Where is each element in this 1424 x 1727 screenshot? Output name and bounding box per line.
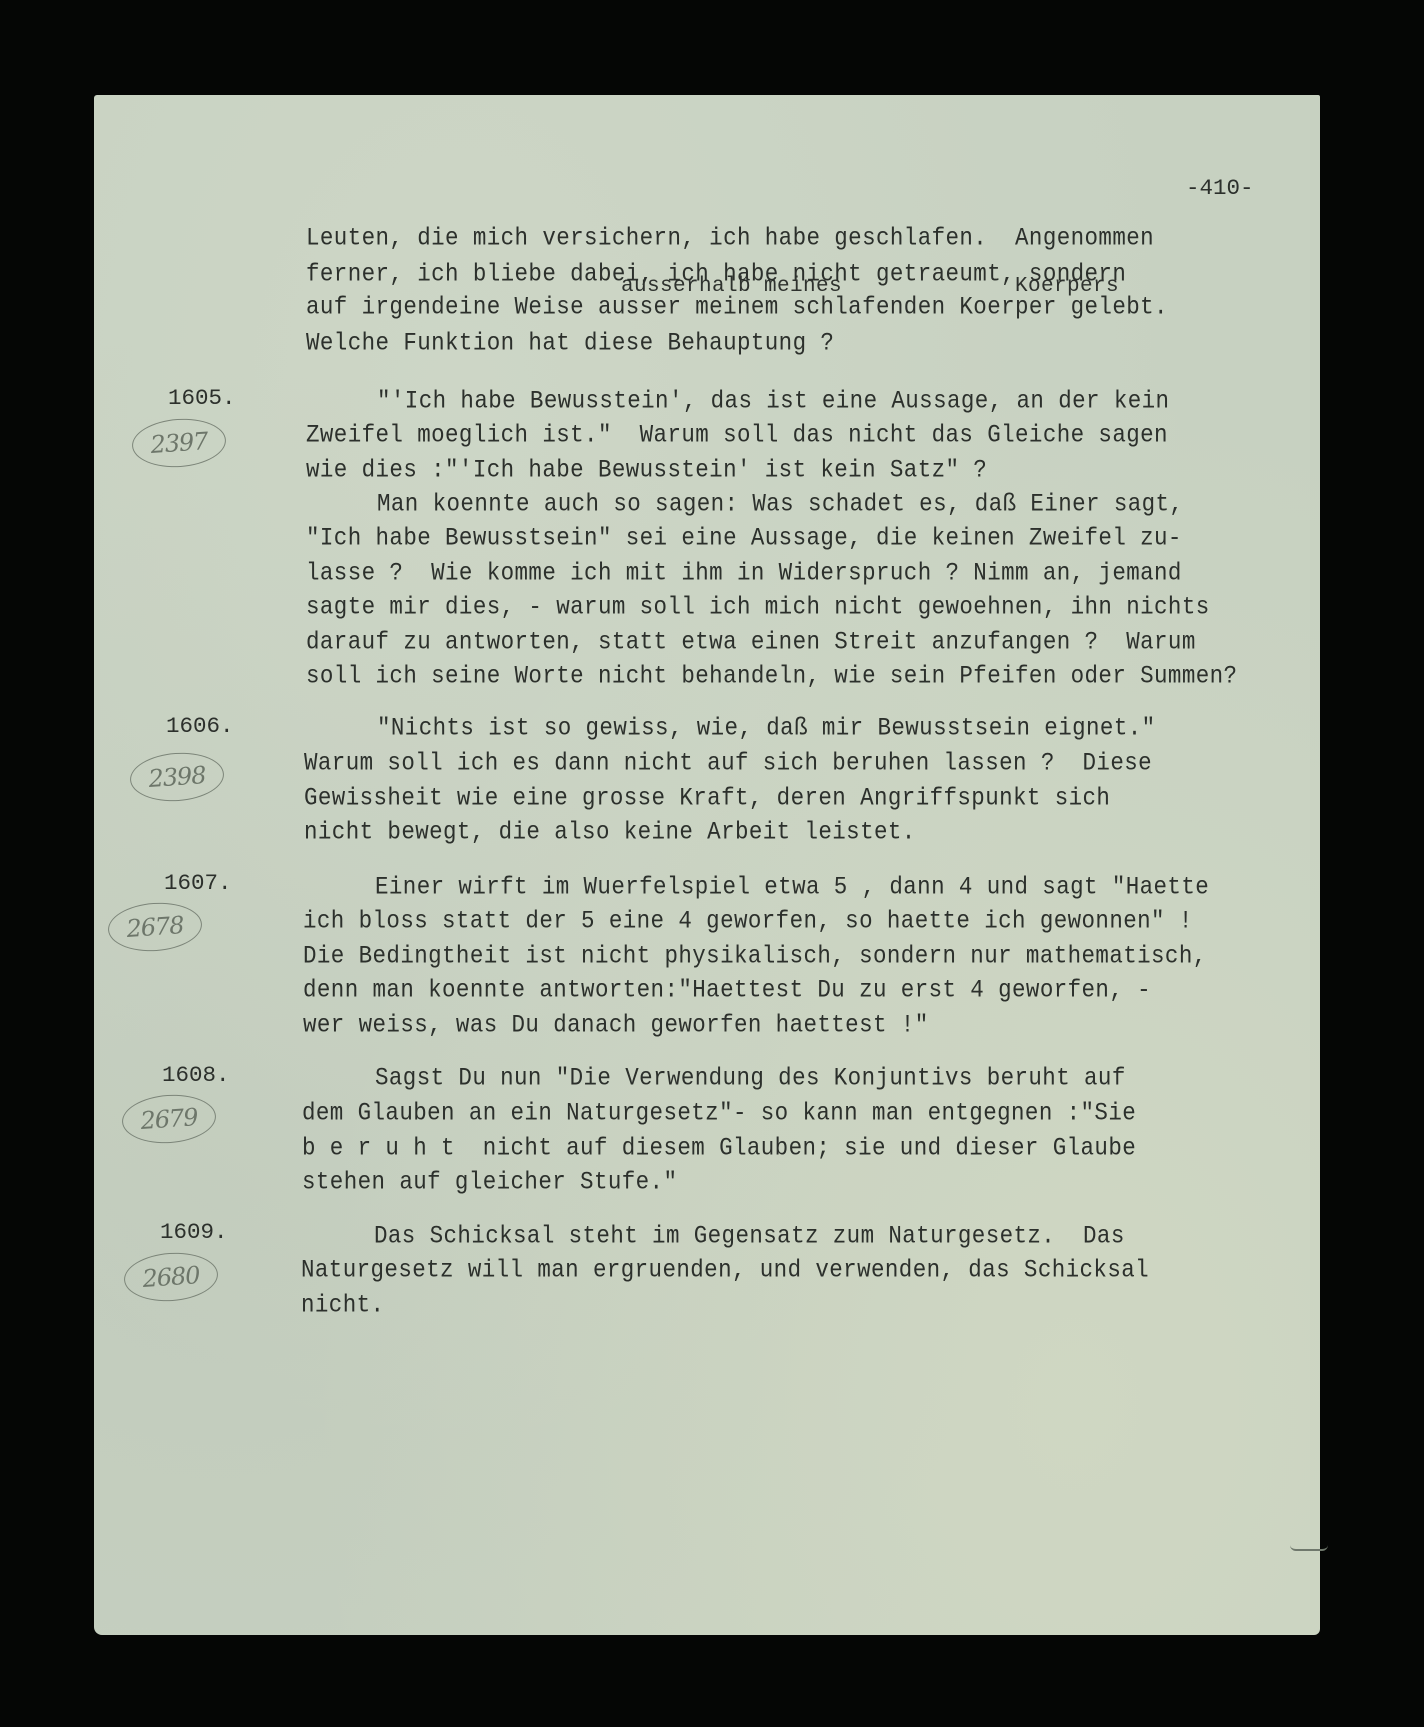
paragraph-line: Naturgesetz will man ergruenden, und ver… [301, 1255, 1149, 1284]
paragraph-line: lasse ? Wie komme ich mit ihm in Widersp… [306, 558, 1182, 587]
paragraph-line: denn man koennte antworten:"Haettest Du … [303, 975, 1151, 1004]
pencil-reference-note: 2678 [106, 900, 203, 954]
paragraph-line: nicht. [301, 1290, 384, 1319]
pencil-reference-note: 2397 [130, 416, 227, 470]
paragraph-line: wie dies :"'Ich habe Bewusstein' ist kei… [306, 455, 987, 484]
paragraph-line: Zweifel moeglich ist." Warum soll das ni… [306, 420, 1168, 449]
paragraph-line: nicht bewegt, die also keine Arbeit leis… [304, 817, 916, 846]
typescript-page: -410- Leuten, die mich versichern, ich h… [94, 95, 1320, 1635]
intro-line: auf irgendeine Weise ausser meinem schla… [306, 292, 1168, 321]
pencil-mark [1290, 1545, 1328, 1551]
paragraph-line: Sagst Du nun "Die Verwendung des Konjunt… [375, 1063, 1126, 1092]
paragraph-line: wer weiss, was Du danach geworfen haette… [303, 1010, 929, 1039]
pencil-reference-note: 2398 [128, 750, 225, 804]
intro-line: Leuten, die mich versichern, ich habe ge… [306, 223, 1154, 252]
paragraph-number: 1608. [162, 1062, 230, 1088]
paragraph-number: 1609. [160, 1219, 228, 1245]
pencil-reference-note: 2679 [120, 1092, 217, 1146]
paragraph-line: Einer wirft im Wuerfelspiel etwa 5 , dan… [375, 872, 1209, 901]
paragraph-line: "Ich habe Bewusstsein" sei eine Aussage,… [306, 523, 1182, 552]
paragraph-line: stehen auf gleicher Stufe." [302, 1167, 677, 1196]
paragraph-line: b e r u h t nicht auf diesem Glauben; si… [302, 1133, 1136, 1162]
intro-line: Welche Funktion hat diese Behauptung ? [306, 328, 834, 357]
paragraph-line: "Nichts ist so gewiss, wie, daß mir Bewu… [377, 713, 1156, 742]
paragraph-line: Man koennte auch so sagen: Was schadet e… [377, 489, 1183, 518]
paragraph-line: dem Glauben an ein Naturgesetz"- so kann… [302, 1098, 1136, 1127]
paragraph-number: 1607. [164, 870, 232, 896]
paragraph-line: Gewissheit wie eine grosse Kraft, deren … [304, 783, 1110, 812]
paragraph-line: soll ich seine Worte nicht behandeln, wi… [306, 661, 1237, 690]
paragraph-number: 1605. [168, 385, 236, 411]
paragraph-line: "'Ich habe Bewusstein', das ist eine Aus… [377, 386, 1169, 415]
paragraph-line: Warum soll ich es dann nicht auf sich be… [304, 748, 1152, 777]
paragraph-line: ich bloss statt der 5 eine 4 geworfen, s… [303, 906, 1193, 935]
paragraph-line: darauf zu antworten, statt etwa einen St… [306, 627, 1196, 656]
page-number: -410- [1186, 175, 1254, 201]
paragraph-line: sagte mir dies, - warum soll ich mich ni… [306, 592, 1210, 621]
paragraph-line: Die Bedingtheit ist nicht physikalisch, … [303, 941, 1207, 970]
pencil-reference-note: 2680 [122, 1250, 219, 1304]
paragraph-line: Das Schicksal steht im Gegensatz zum Nat… [374, 1221, 1125, 1250]
paragraph-number: 1606. [166, 713, 234, 739]
